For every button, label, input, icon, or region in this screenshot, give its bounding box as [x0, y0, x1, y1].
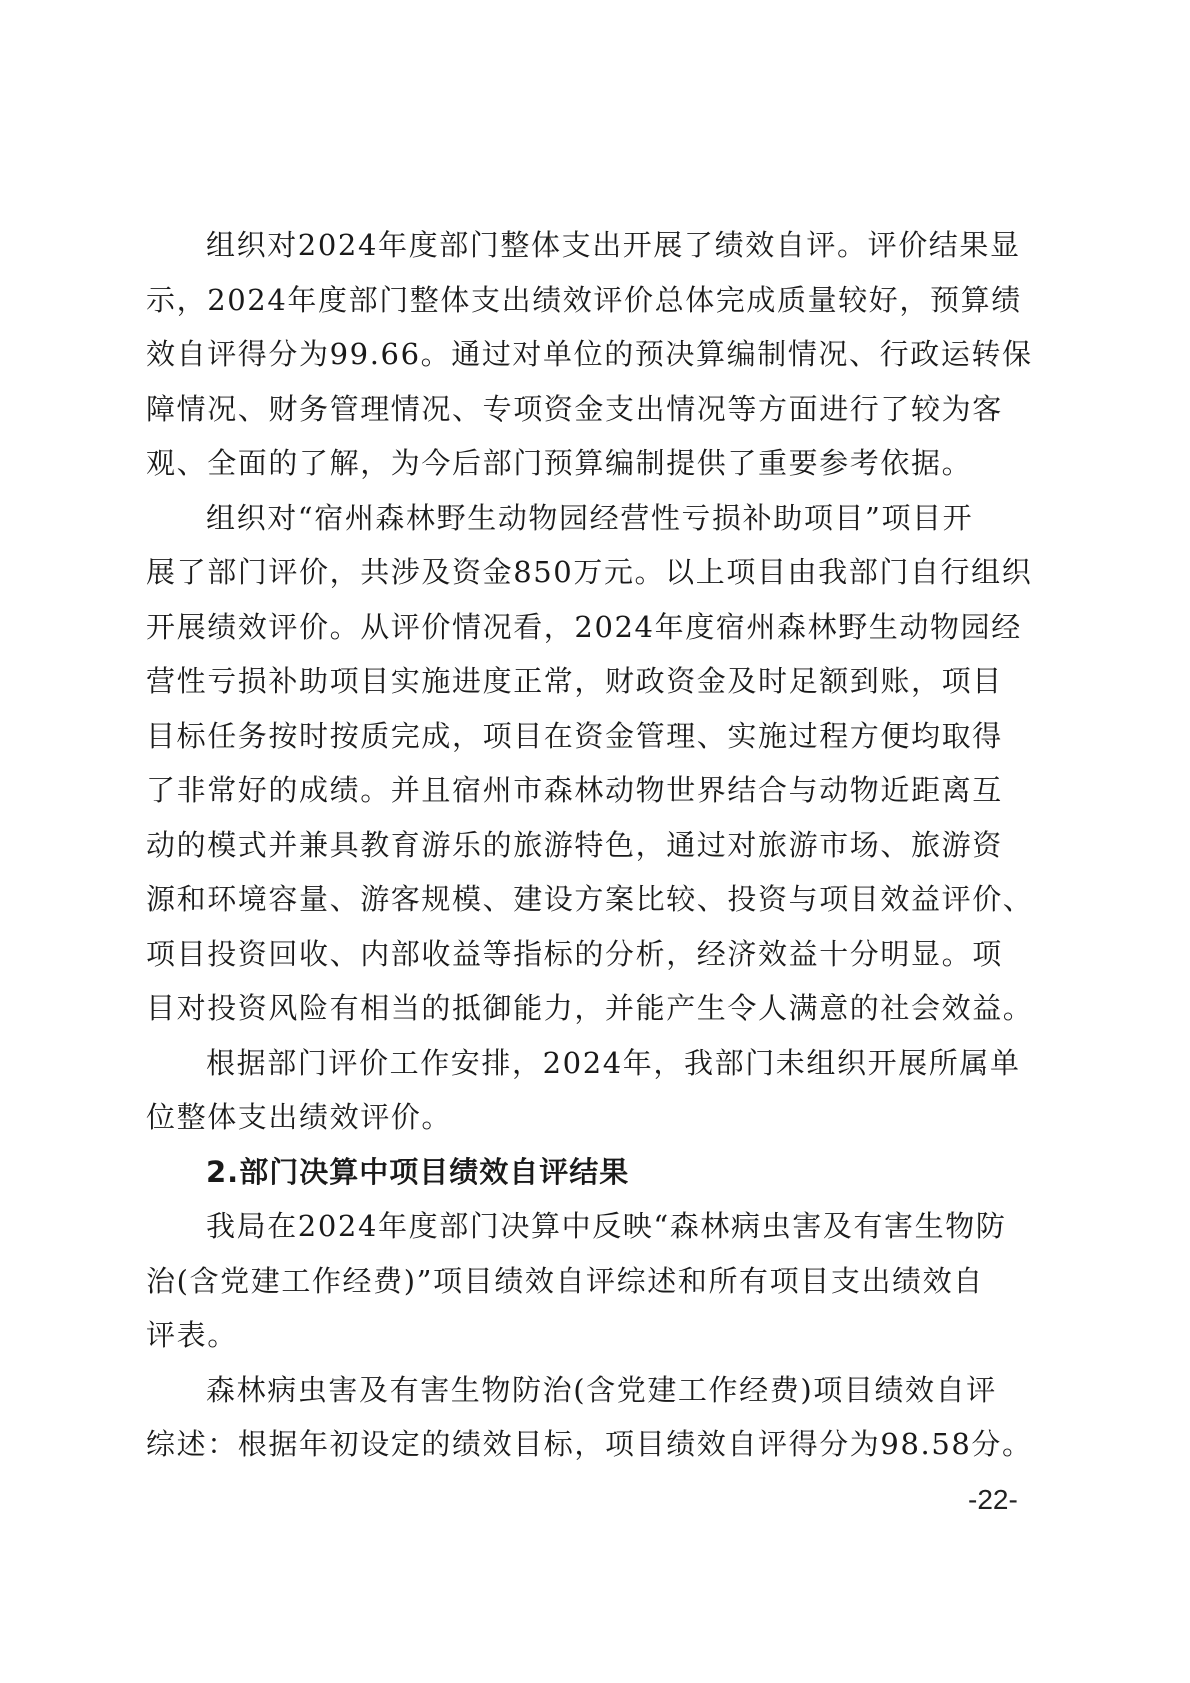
text-line: 项目投资回收、内部收益等指标的分析，经济效益十分明显。项 — [146, 927, 1036, 982]
text-line: 动的模式并兼具教育游乐的旅游特色，通过对旅游市场、旅游资 — [146, 818, 1036, 873]
text-line: 评表。 — [146, 1308, 1036, 1363]
paragraph-final-accounts-project: 我局在2024年度部门决算中反映“森林病虫害及有害生物防 治(含党建工作经费)”… — [146, 1199, 1036, 1363]
text-line: 观、全面的了解，为今后部门预算编制提供了重要参考依据。 — [146, 436, 1036, 491]
page-number: -22- — [968, 1484, 1018, 1516]
text-line: 营性亏损补助项目实施进度正常，财政资金及时足额到账，项目 — [146, 654, 1036, 709]
text-line: 障情况、财务管理情况、专项资金支出情况等方面进行了较为客 — [146, 382, 1036, 437]
text-line: 位整体支出绩效评价。 — [146, 1090, 1036, 1145]
text-line: 效自评得分为99.66。通过对单位的预决算编制情况、行政运转保 — [146, 327, 1036, 382]
text-line: 开展绩效评价。从评价情况看，2024年度宿州森林野生动物园经 — [146, 600, 1036, 655]
text-line: 源和环境容量、游客规模、建设方案比较、投资与项目效益评价、 — [146, 872, 1036, 927]
text-line: 目标任务按时按质完成，项目在资金管理、实施过程方便均取得 — [146, 709, 1036, 764]
text-line: 根据部门评价工作安排，2024年，我部门未组织开展所属单 — [146, 1036, 1036, 1091]
paragraph-overall-self-evaluation: 组织对2024年度部门整体支出开展了绩效自评。评价结果显 示，2024年度部门整… — [146, 218, 1036, 491]
text-line: 治(含党建工作经费)”项目绩效自评综述和所有项目支出绩效自 — [146, 1254, 1036, 1309]
text-line: 综述：根据年初设定的绩效目标，项目绩效自评得分为98.58分。 — [146, 1417, 1036, 1472]
section-heading: 2.部门决算中项目绩效自评结果 — [146, 1145, 1036, 1200]
text-line: 森林病虫害及有害生物防治(含党建工作经费)项目绩效自评 — [146, 1363, 1036, 1418]
text-line: 示，2024年度部门整体支出绩效评价总体完成质量较好，预算绩 — [146, 273, 1036, 328]
paragraph-subordinate-units: 根据部门评价工作安排，2024年，我部门未组织开展所属单 位整体支出绩效评价。 — [146, 1036, 1036, 1145]
paragraph-zoo-project-evaluation: 组织对“宿州森林野生动物园经营性亏损补助项目”项目开 展了部门评价，共涉及资金8… — [146, 491, 1036, 1036]
paragraph-pest-control-summary: 森林病虫害及有害生物防治(含党建工作经费)项目绩效自评 综述：根据年初设定的绩效… — [146, 1363, 1036, 1472]
text-line: 展了部门评价，共涉及资金850万元。以上项目由我部门自行组织 — [146, 545, 1036, 600]
text-line: 组织对“宿州森林野生动物园经营性亏损补助项目”项目开 — [146, 491, 1036, 546]
text-line: 了非常好的成绩。并且宿州市森林动物世界结合与动物近距离互 — [146, 763, 1036, 818]
document-body: 组织对2024年度部门整体支出开展了绩效自评。评价结果显 示，2024年度部门整… — [146, 218, 1036, 1472]
text-line: 目对投资风险有相当的抵御能力，并能产生令人满意的社会效益。 — [146, 981, 1036, 1036]
section-heading-text: 2.部门决算中项目绩效自评结果 — [146, 1145, 1036, 1200]
text-line: 我局在2024年度部门决算中反映“森林病虫害及有害生物防 — [146, 1199, 1036, 1254]
text-line: 组织对2024年度部门整体支出开展了绩效自评。评价结果显 — [146, 218, 1036, 273]
